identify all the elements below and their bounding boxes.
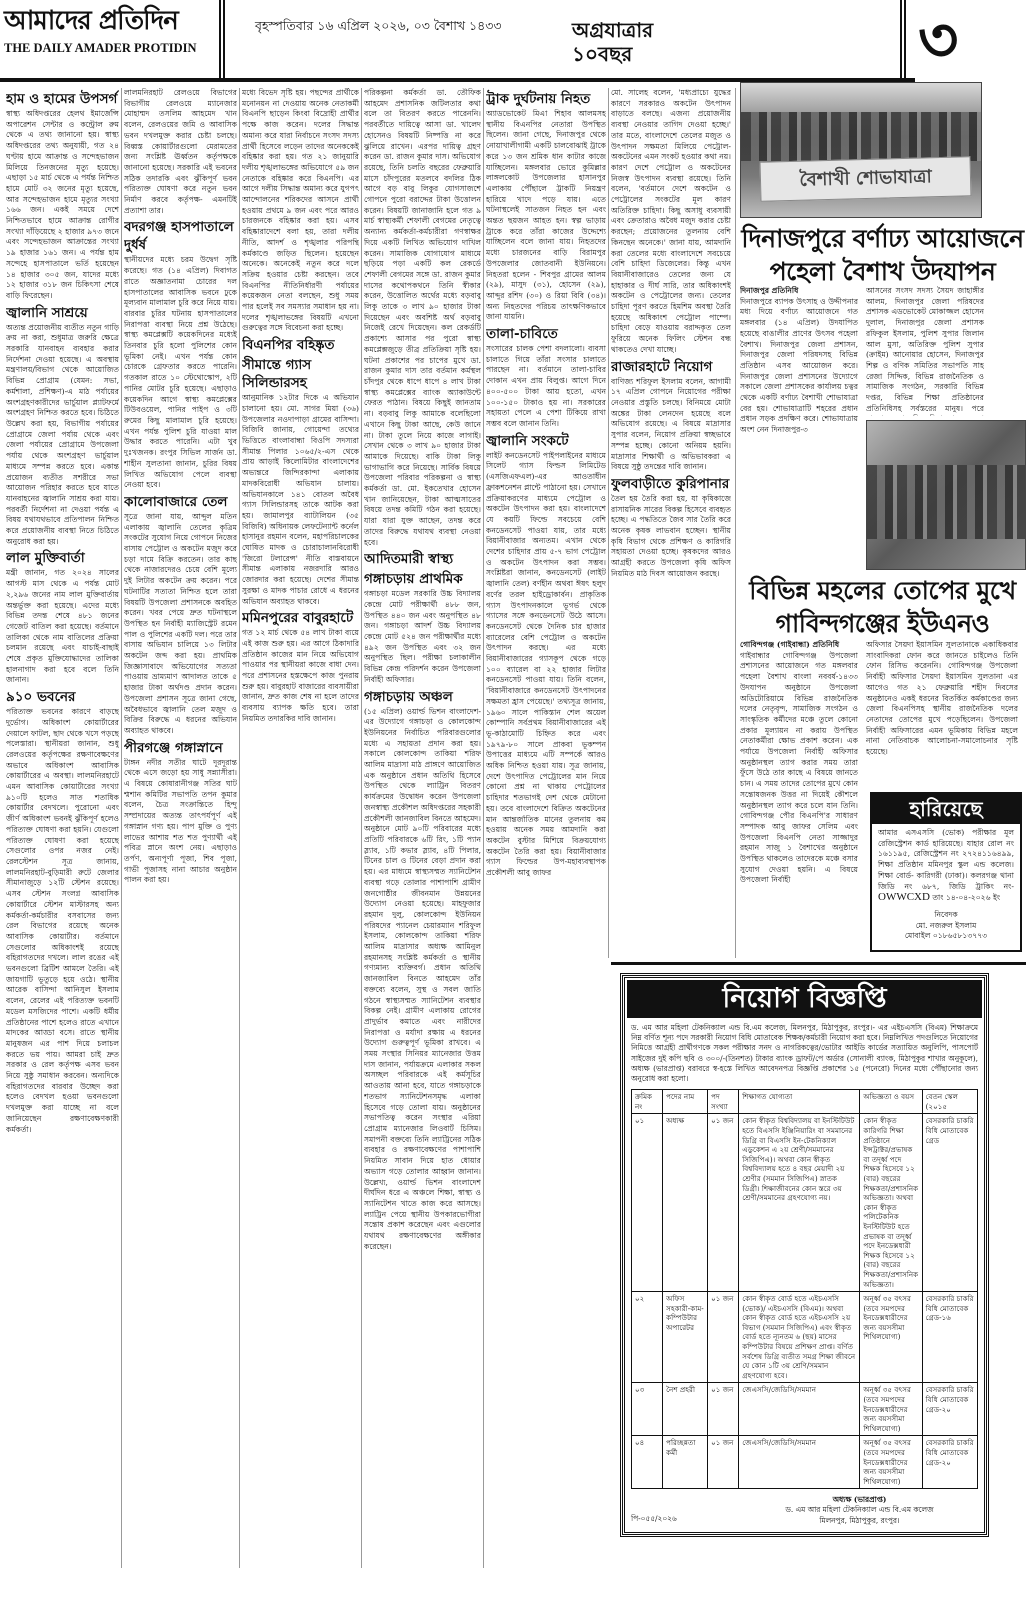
article-body-octane: মো. সালেহ বলেন, 'মধ্যপ্রাচ্যে যুদ্ধের কা… xyxy=(611,88,731,356)
column-1: হাম ও হামের উপসর্গ স্বাস্থ্য অধিদপ্তরের … xyxy=(6,88,119,1568)
article-body-bnp: মধ্যে বিভেদ সৃষ্টি হয়। পছন্দের প্রার্থী… xyxy=(242,88,359,334)
column-6: মো. সালেহ বলেন, 'মধ্যপ্রাচ্যে যুদ্ধের কা… xyxy=(611,88,731,948)
article-body-fuel-saving: অত্যন্ত প্রয়োজনীয় ব্যতীত নতুন গাড়ি ক্… xyxy=(6,323,119,548)
column-rule xyxy=(735,88,736,958)
lost-notice-date: তাং ১৪-০৪-২০২৬ ইং xyxy=(932,893,1000,902)
article-body-border-gas: আনুমানিক ১২টার দিকে এ অভিযান চালানো হয়।… xyxy=(242,393,359,607)
recruitment-ad: নিয়োগ বিজ্ঞপ্তি ড. এম আর মহিলা টেকনিক্য… xyxy=(622,975,987,1535)
column-4: পরিকল্পনা কর্মকর্তা ডা. তৌফিক আহমেদ প্রশ… xyxy=(364,88,481,1568)
col-header-sl: ক্রমিক নং xyxy=(632,1090,663,1114)
cell-post: পরিচ্ছন্নতা কর্মী xyxy=(663,1436,708,1489)
cell-qualification: কোন স্বীকৃত বিশ্ববিদ্যালয় বা ইনস্টিটিউট… xyxy=(739,1114,860,1292)
anniversary-line2: ১০বছর xyxy=(572,42,653,66)
headline-dinajpur: দিনাজপুরে বর্ণাঢ্য আয়োজনে পহেলা বৈশাখ উ… xyxy=(740,222,1025,288)
photo-gobindaganj xyxy=(866,420,1026,570)
table-row: ০২ অফিস সহকারী-কাম-কম্পিউটার অপারেটর ০১ … xyxy=(632,1292,978,1383)
cell-qualification: জেএসসি/জেডিসি/সমমান xyxy=(739,1383,860,1436)
headline-fuel-saving: জ্বালানি সাশ্রয়ে xyxy=(6,304,119,322)
anniversary-line1: অগ্রযাত্রার xyxy=(572,18,653,42)
col-header-qualification: শিক্ষাগত যোগ্যতা xyxy=(739,1090,860,1114)
section-rule xyxy=(611,962,1026,965)
cell-sl: ০২ xyxy=(632,1292,663,1383)
article-body-dinajpur-left: দিনাজপুর প্রতিনিধি দিনাজপুরে ব্যাপক উৎসা… xyxy=(740,286,858,576)
cell-scale: বেসরকারি চাকরি বিধি মোতাবেক গ্রেড-২০ xyxy=(922,1436,977,1489)
cell-sl: ০১ xyxy=(632,1114,663,1292)
headline-kalobazar: কালোবাজারে তেল xyxy=(124,493,237,511)
article-text: দিনাজপুরে ব্যাপক উৎসাহ ও উদ্দীপনার মধ্য … xyxy=(740,297,858,436)
article-body-kalobazar: সূত্রে জানা যায়, আব্দুল মতিন এলাকায় জ্… xyxy=(124,512,237,737)
lost-notice-body: আমার এসএসসি (ভোক) পরীক্ষার মূল রেজিস্ট্র… xyxy=(872,824,1020,946)
article-body-badarganj: স্থানীয়দের মধ্যে চরম উদ্বেগ সৃষ্টি করেছ… xyxy=(124,255,237,490)
column-5: ট্রাক দুর্ঘটনায় নিহত অ্যাডভোকেট মিএা শি… xyxy=(486,88,606,1568)
col-header-count: পদ সংখ্যা xyxy=(708,1090,739,1114)
article-body-gangachara-primary: গঙ্গাচড়া মডেল সরকারি উচ্চ বিদ্যালয় কেন… xyxy=(364,589,481,685)
headline-pirganj: পীরগঞ্জে গঙ্গাস্নানে xyxy=(124,739,237,757)
recruitment-ad-intro: ড. এম আর মহিলা টেকনিক্যাল এন্ড বি.এম কলে… xyxy=(625,1020,984,1087)
signature-title: অধ্যক্ষ (ভারপ্রাপ্ত) xyxy=(741,1495,978,1505)
column-rule xyxy=(483,88,484,1568)
recruitment-ad-title: নিয়োগ বিজ্ঞপ্তি xyxy=(627,980,982,1018)
col-header-experience: অভিজ্ঞতা ও বয়স xyxy=(860,1090,922,1114)
headline-lal-mukti: লাল মুক্তিবার্তা xyxy=(6,549,119,567)
column-rule xyxy=(239,88,240,1568)
lost-notice-text: আমার এসএসসি (ভোক) পরীক্ষার মূল রেজিস্ট্র… xyxy=(878,828,1014,891)
column-rule xyxy=(121,88,122,1568)
masthead: আমাদের প্রতিদিন THE DAILY AMADER PROTIDI… xyxy=(0,0,1029,78)
col-header-post: পদের নাম xyxy=(663,1090,708,1114)
vacancy-table: ক্রমিক নং পদের নাম পদ সংখ্যা শিক্ষাগত যো… xyxy=(631,1089,978,1489)
cell-scale: বেসরকারি চাকরি বিধি মোতাবেক গ্রেড-১৬ xyxy=(922,1292,977,1383)
article-body-fuel-crisis: লাইট কনডেনসেট পাইপলাইনের মাধ্যমে সিলেট গ… xyxy=(486,451,606,879)
cell-scale: বেসরকারি চাকরি বিধি মোতাবেক গ্রেড xyxy=(922,1114,977,1292)
cell-qualification: কোন স্বীকৃত বোর্ড হতে এইচএসসি (ভোক)/ এইচ… xyxy=(739,1292,860,1383)
page-number: ৩ xyxy=(918,0,958,80)
logo-bangla: আমাদের প্রতিদিন xyxy=(4,4,216,38)
headline-tala: তালা-চাবিতে xyxy=(486,325,606,343)
article-body-lal-mukti: মন্ত্রী জানান, গত ২০২৪ সালের আগস্ট মাস থ… xyxy=(6,568,119,686)
article-body-dinajpur-right: আসনের সংসদ সদস্য সৈয়দ জাহাঙ্গীর আলম, দি… xyxy=(866,286,984,416)
byline-dinajpur: দিনাজপুর প্রতিনিধি xyxy=(740,286,858,297)
cell-post: নৈশ প্রহরী xyxy=(663,1383,708,1436)
signature-address: মিলনপুর, মিঠাপুকুর, রংপুর। xyxy=(741,1516,978,1526)
article-body-gobindaganj-right: অফিসার সৈয়দা ইয়াসমিন সুলতানাকে একাধিকব… xyxy=(866,640,1018,788)
column-rule xyxy=(361,88,362,1568)
cell-count: ০১ জন xyxy=(708,1436,739,1489)
signature-org: ড. এম আর মহিলা টেকনিক্যাল এন্ড বি.এম কলে… xyxy=(741,1505,978,1515)
headline-badarganj: বদরগঞ্জ হাসপাতালে দুর্ধর্ষ xyxy=(124,218,237,254)
ad-reference-number: পি-০৫৫/২০২৬ xyxy=(631,1514,677,1524)
newspaper-logo: আমাদের প্রতিদিন THE DAILY AMADER PROTIDI… xyxy=(4,4,216,56)
cell-scale: বেসরকারি চাকরি বিধি মোতাবেক গ্রেড-২০ xyxy=(922,1383,977,1436)
recruitment-ad-signature: অধ্যক্ষ (ভারপ্রাপ্ত) ড. এম আর মহিলা টেকন… xyxy=(741,1495,978,1526)
photo-banner-text: বৈশাখী শোভাযাত্রা xyxy=(760,157,972,203)
headline-gangachara-region: গঙ্গাচড়ায় অঞ্চল xyxy=(364,688,481,706)
photo-boishakhi-procession: বৈশাখী শোভাযাত্রা xyxy=(740,82,982,218)
dateline: বৃহস্পতিবার ১৬ এপ্রিল ২০২৬, ০৩ বৈশাখ ১৪৩… xyxy=(255,18,502,38)
cell-qualification: জেএসসি/জেডিসি/সমমান xyxy=(739,1436,860,1489)
headline-fuel-crisis: জ্বালানি সংকটে xyxy=(486,432,606,450)
table-row: ০১ অধ্যক্ষ ০১ জন কোন স্বীকৃত বিশ্ববিদ্যা… xyxy=(632,1114,978,1292)
cell-count: ০১ জন xyxy=(708,1383,739,1436)
cell-experience: কোন স্বীকৃত কারিগরি শিক্ষা প্রতিষ্ঠানে ই… xyxy=(860,1114,922,1292)
cell-count: ০১ জন xyxy=(708,1114,739,1292)
article-body-gangachara-region: (১৫ এপ্রিল) ওয়ার্ল্ড ভিশন বাংলাদেশ-এর উ… xyxy=(364,707,481,1253)
article-body-fulbari: তৈল হয় তৈরি করা হয়, যা কৃষিকাজে রাসায়… xyxy=(611,494,731,580)
article-body-tala: সংসারের চালক পেশা বদলালো। ব্যবসা চালাতে … xyxy=(486,344,606,430)
table-row: ০৪ পরিচ্ছন্নতা কর্মী ০১ জন জেএসসি/জেডিসি… xyxy=(632,1436,978,1489)
table-row: ০৩ নৈশ প্রহরী ০১ জন জেএসসি/জেডিসি/সমমান … xyxy=(632,1383,978,1436)
headline-quarters: ৯১০ ভবনের xyxy=(6,688,119,706)
article-body-gobindaganj-left: গোবিন্দগঞ্জ (গাইবান্ধা) প্রতিনিধি গাইবান… xyxy=(740,640,858,958)
headline-rajahat: রাজারহাটে নিয়োগ xyxy=(611,358,731,376)
signer-name: মো. নজরুল ইসলাম xyxy=(878,921,1014,932)
headline-truck-accident: ট্রাক দুর্ঘটনায় নিহত xyxy=(486,90,606,108)
article-body-quarters: পরিত্যক্ত ভবনের কারণে বাড়ছে দুর্ভোগ। অধ… xyxy=(6,707,119,1135)
vacancy-table-header: ক্রমিক নং পদের নাম পদ সংখ্যা শিক্ষাগত যো… xyxy=(632,1090,978,1114)
masthead-divider xyxy=(219,0,225,80)
cell-experience: অনূর্ধ্ব ৩৫ বৎসর (তবে সমপদের ইনডেক্সধারী… xyxy=(860,1292,922,1383)
headline-gangachara-primary: গঙ্গাচড়ায় প্রাথমিক xyxy=(364,570,481,588)
headline-border-gas: সীমান্তে গ্যাস সিলিন্ডারসহ xyxy=(242,356,359,392)
headline-hum: হাম ও হামের উপসর্গ xyxy=(6,90,119,108)
article-text: গাইবান্ধার গোবিন্দগঞ্জ উপজেলা প্রশাসনের … xyxy=(740,651,858,886)
headline-gobindaganj: বিভিন্ন মহলের তোপের মুখে গাবিন্দগঞ্জের ই… xyxy=(740,574,1025,640)
article-body-rajahat: বাণিজ্য শরিফুল ইসলাম বলেন, আগামী ১৭ এপ্র… xyxy=(611,377,731,473)
gd-code: OWWCXD xyxy=(878,891,930,903)
cell-post: অধ্যক্ষ xyxy=(663,1114,708,1292)
headline-mominpur: মমিনপুরের বাবুরহাটে xyxy=(242,609,359,627)
logo-english: THE DAILY AMADER PROTIDIN xyxy=(4,41,216,56)
cell-experience: অনূর্ধ্ব ৩৫ বৎসর (তবে সমপদের ইনডেক্সধারী… xyxy=(860,1436,922,1489)
col-header-scale: বেতন স্কেল (২০১৫ xyxy=(922,1090,977,1114)
article-body-pirganj: টাঙ্গন নদীর সতীর ঘাটে দূরদূরান্ত থেকে এস… xyxy=(124,758,237,886)
article-body-truck-accident: অ্যাডভোকেট মিএা শিহাব আলমসহ স্থানীয় বিএ… xyxy=(486,109,606,323)
anniversary-badge: অগ্রযাত্রার ১০বছর xyxy=(572,18,653,66)
page-number-divider xyxy=(900,0,906,80)
article-body-aditmari: পরিকল্পনা কর্মকর্তা ডা. তৌফিক আহমেদ প্রশ… xyxy=(364,88,481,548)
cell-post: অফিস সহকারী-কাম-কম্পিউটার অপারেটর xyxy=(663,1292,708,1383)
cell-experience: অনূর্ধ্ব ৩৫ বৎসর (তবে সমপদের ইনডেক্সধারী… xyxy=(860,1383,922,1436)
lost-notice-title: হারিয়েছে xyxy=(872,794,1020,824)
article-body-col2-intro: লালমনিরহাট রেলওয়ে বিভাগের বিভাগীয় রেলও… xyxy=(124,88,237,216)
signer-mobile: মোবাইল ০১৮৬৫৮১৩৭৭৩ xyxy=(878,931,1014,942)
article-body-mominpur: গত ১২ মার্চ থেকে ৫৪ লাখ টাকা ব্যয়ে এই ক… xyxy=(242,628,359,724)
column-2: লালমনিরহাট রেলওয়ে বিভাগের বিভাগীয় রেলও… xyxy=(124,88,237,1568)
lost-notice-signature: নিবেদক মো. নজরুল ইসলাম মোবাইল ০১৮৬৫৮১৩৭৭… xyxy=(878,910,1014,942)
recruitment-ad-footer: অধ্যক্ষ (ভারপ্রাপ্ত) ড. এম আর মহিলা টেকন… xyxy=(631,1495,978,1526)
column-3: মধ্যে বিভেদ সৃষ্টি হয়। পছন্দের প্রার্থী… xyxy=(242,88,359,1568)
column-rule xyxy=(608,88,609,958)
headline-fulbari: ফুলবাড়ীতে কুরিপানার xyxy=(611,475,731,493)
cell-sl: ০৩ xyxy=(632,1383,663,1436)
byline-gobindaganj: গোবিন্দগঞ্জ (গাইবান্ধা) প্রতিনিধি xyxy=(740,640,858,651)
lost-notice: হারিয়েছে আমার এসএসসি (ভোক) পরীক্ষার মূল… xyxy=(870,792,1022,952)
headline-aditmari: আদিতমারী স্বাস্থ্য xyxy=(364,550,481,568)
article-body-hum: স্বাস্থ্য অধিদপ্তরের হেলথ ইমার্জেন্সি অপ… xyxy=(6,109,119,302)
headline-bnp: বিএনপির বহিষ্কৃত xyxy=(242,336,359,354)
cell-count: ০১ জন xyxy=(708,1292,739,1383)
signed-label: নিবেদক xyxy=(878,910,1014,921)
cell-sl: ০৪ xyxy=(632,1436,663,1489)
